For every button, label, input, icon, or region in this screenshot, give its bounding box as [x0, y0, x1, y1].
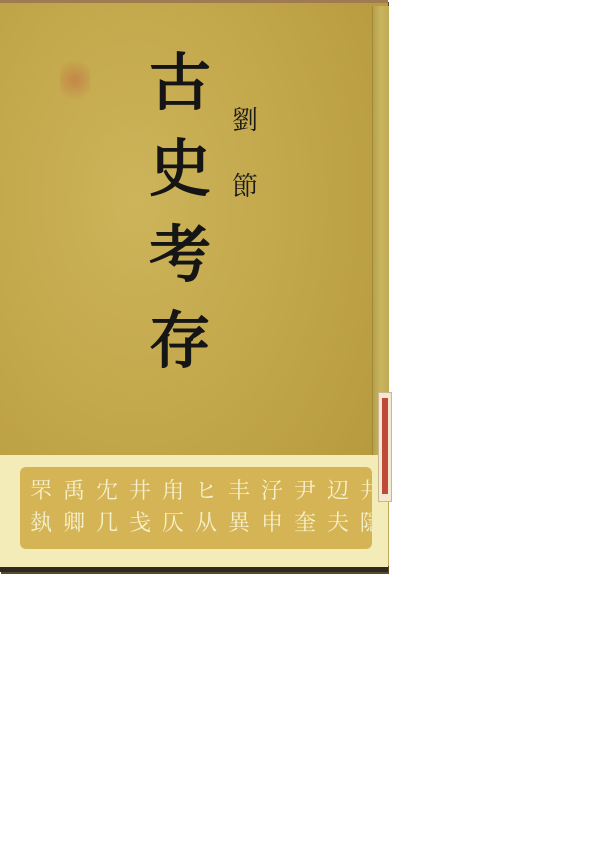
title-char: 古: [149, 40, 211, 126]
cover-top-edge: [0, 0, 388, 3]
cover-bottom-edge: [0, 567, 388, 572]
bronze-inscription-rubbing: 罘 禹 冘 井 甪 ヒ 丰 汓 尹 辺 井 又 宕 埶 卿 几 戋 仄 从 異 …: [20, 467, 372, 549]
author-char: 劉: [232, 88, 258, 154]
inscription-row: 罘 禹 冘 井 甪 ヒ 丰 汓 尹 辺 井 又 宕: [30, 476, 372, 508]
inscription-row: 埶 卿 几 戋 仄 从 異 申 奎 夫 隱 仄 司: [30, 508, 372, 540]
library-label-red-stripe: [382, 398, 388, 494]
title-char: 存: [149, 298, 211, 384]
title-char: 考: [149, 212, 211, 298]
faded-seal-stamp: [60, 55, 90, 105]
book-author: 劉 節: [228, 88, 262, 220]
title-char: 史: [149, 126, 211, 212]
author-char: 節: [232, 154, 258, 220]
book-title: 古 史 考 存: [140, 40, 220, 384]
